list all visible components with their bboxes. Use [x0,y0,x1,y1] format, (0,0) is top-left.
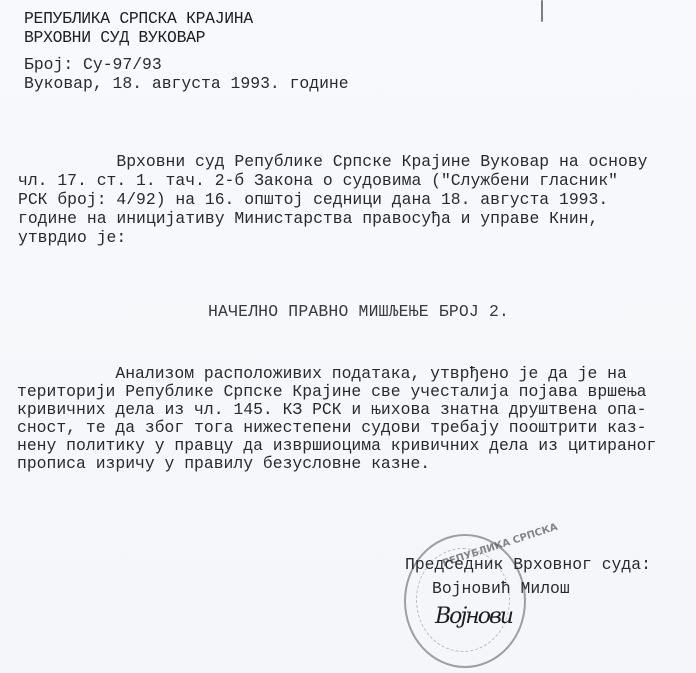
opinion-line: прописа изричу у правилу безусловне казн… [17,455,430,473]
opinion-line: Анализом расположивих података, утврђено… [17,365,627,383]
intro-line: РСК број: 4/92) на 16. општој седници да… [18,191,608,209]
opinion-title: НАЧЕЛНО ПРАВНО МИШЉЕЊЕ БРОЈ 2. [208,303,509,321]
document-page: РЕПУБЛИКА СРПСКА КРАЈИНА ВРХОВНИ СУД ВУК… [0,0,696,673]
opinion-line: територији Републике Српске Крајине све … [17,383,647,401]
header-republic: РЕПУБЛИКА СРПСКА КРАЈИНА [24,10,253,28]
intro-line: чл. 17. ст. 1. тач. 2-б Закона о судовим… [18,172,618,190]
opinion-line: кривичних дела из чл. 145. КЗ РСК и њихо… [17,401,647,419]
case-number: Број: Су-97/93 [24,56,162,74]
opinion-line: нену политику у правцу да извршиоцима кр… [17,437,656,455]
intro-line: године на иницијативу Министарства право… [18,210,598,228]
intro-line: Врховни суд Републике Српске Крајине Вук… [18,153,648,171]
handwritten-signature: Војнови [435,604,512,629]
opinion-line: сност, те да због тога нижестепени судов… [17,419,647,437]
header-court: ВРХОВНИ СУД ВУКОВАР [24,29,205,47]
intro-line: утврдио је: [18,229,126,247]
signatory-name: Војновић Милош [432,580,570,598]
signatory-role: Председник Врховног суда: [405,556,651,574]
place-date: Вуковар, 18. августа 1993. године [24,75,349,93]
pen-mark [541,0,543,22]
